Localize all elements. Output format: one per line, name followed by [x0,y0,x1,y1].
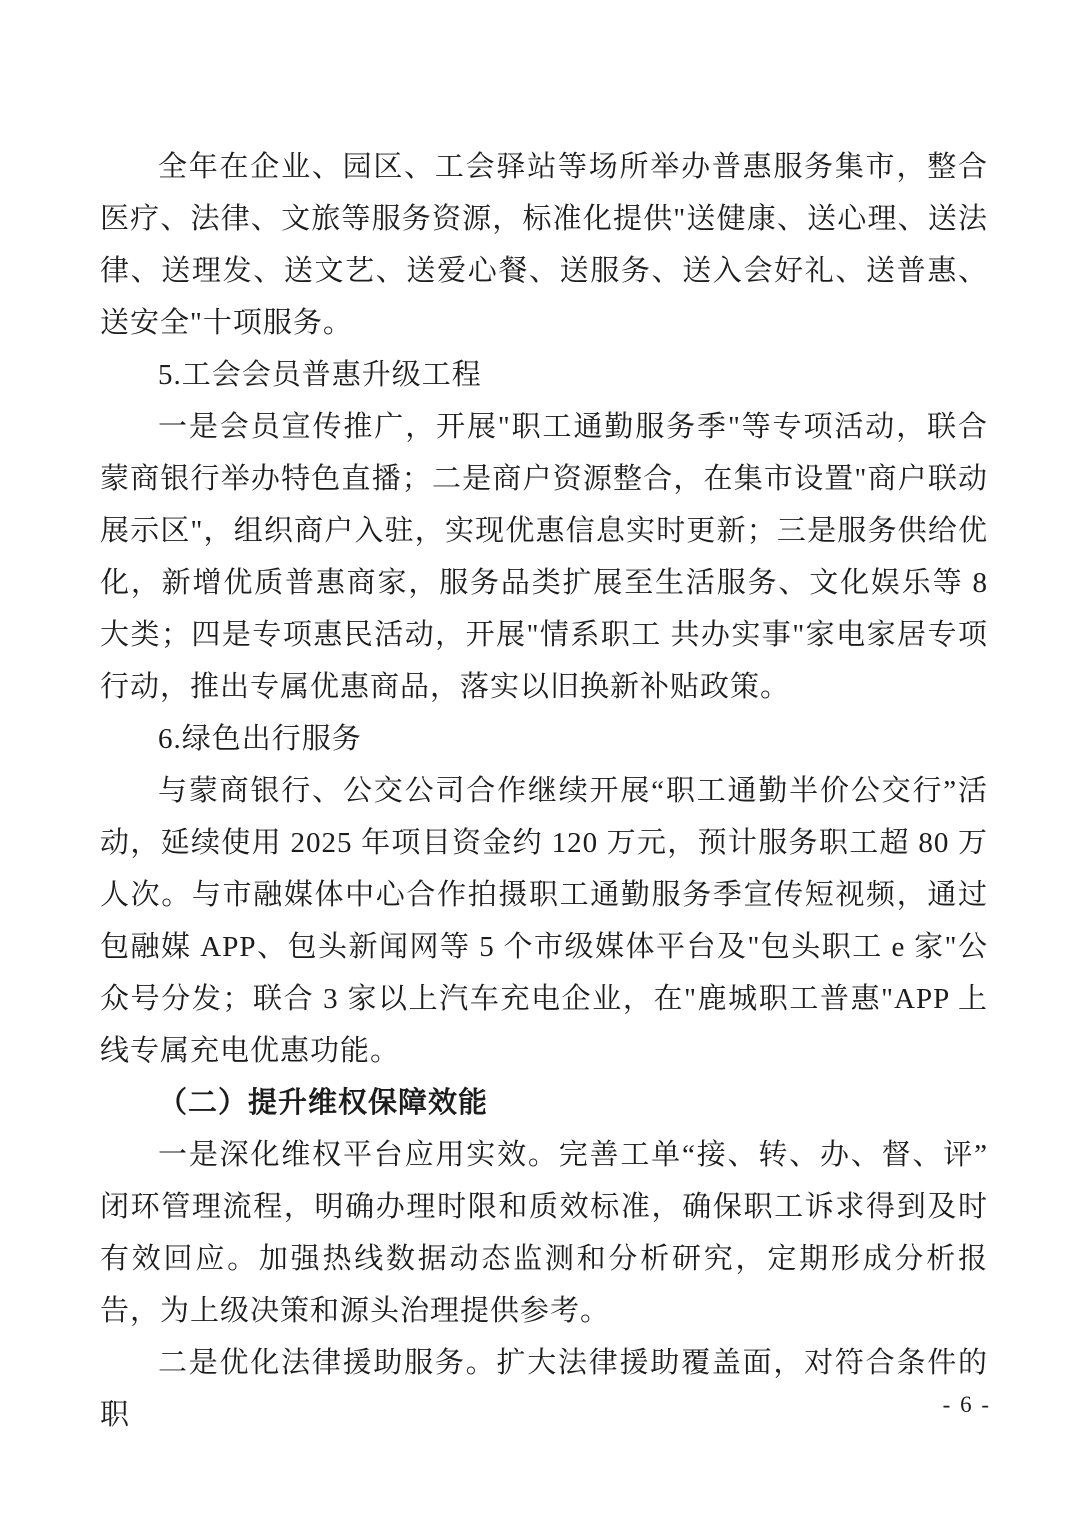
heading-green-travel-service: 6.绿色出行服务 [100,713,988,765]
document-page: 全年在企业、园区、工会驿站等场所举办普惠服务集市，整合医疗、法律、文旅等服务资源… [0,0,1075,1520]
heading-member-benefit-upgrade: 5.工会会员普惠升级工程 [100,349,988,401]
document-body: 全年在企业、园区、工会驿站等场所举办普惠服务集市，整合医疗、法律、文旅等服务资源… [100,141,988,1441]
page-number: - 6 - [943,1392,991,1418]
paragraph-member-benefit-measures: 一是会员宣传推广，开展"职工通勤服务季"等专项活动，联合蒙商银行举办特色直播；二… [100,401,988,713]
paragraph-green-travel-details: 与蒙商银行、公交公司合作继续开展“职工通勤半价公交行”活动，延续使用 2025 … [100,765,988,1077]
paragraph-benefit-market: 全年在企业、园区、工会驿站等场所举办普惠服务集市，整合医疗、法律、文旅等服务资源… [100,141,988,349]
heading-rights-protection: （二）提升维权保障效能 [100,1077,988,1129]
paragraph-legal-aid: 二是优化法律援助服务。扩大法律援助覆盖面，对符合条件的职 [100,1337,988,1441]
paragraph-rights-platform: 一是深化维权平台应用实效。完善工单“接、转、办、督、评”闭环管理流程，明确办理时… [100,1129,988,1337]
